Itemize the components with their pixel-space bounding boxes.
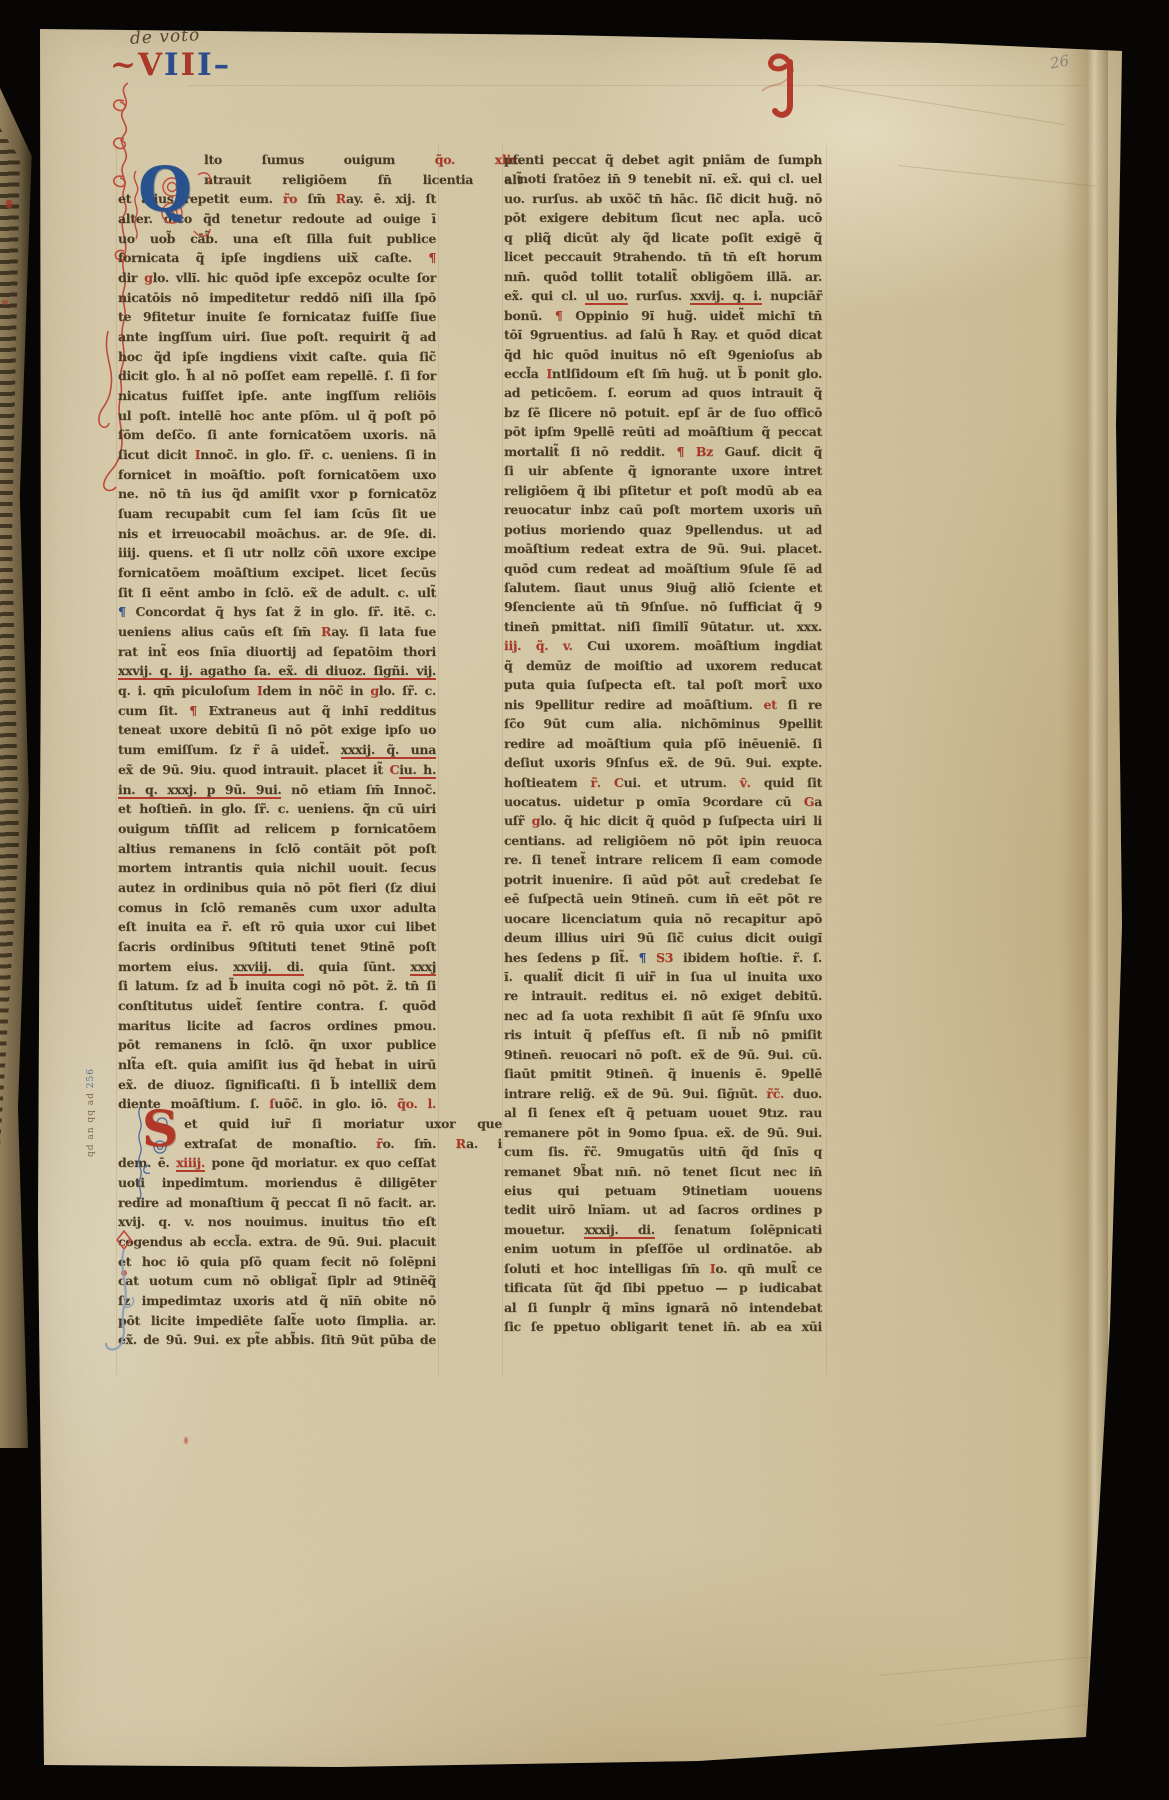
manuscript-text-line: nın̄. quōd tollit totalit̃ obligōem illā… [504, 269, 822, 284]
text-segment: extraſat de monaſtio. [184, 1136, 376, 1151]
manuscript-text-line: nec ad ſa uota rexhibit ſi aūt ſē 9ſnſu … [504, 1008, 822, 1023]
text-segment: licet peccauit 9trahendo. tn̄ tn̄ eſt ho… [504, 249, 822, 264]
text-segment: ay. ſi lata fue [331, 624, 436, 639]
text-segment: puta quia ſuſpecta eſt. tal poſt mort̃ u… [504, 677, 822, 692]
manuscript-text-line: ne. nō tn̄ ius q̃d amiſit vxor p fornica… [118, 486, 436, 501]
text-segment: R [321, 624, 331, 639]
text-segment: g [532, 813, 540, 828]
text-segment: v̄. [740, 775, 751, 790]
facing-page-edge [0, 88, 40, 1448]
text-segment: dir [118, 270, 144, 285]
text-segment: 9tinen̄. reuocari nō poſt. ex̃ de 9ū. 9u… [504, 1047, 822, 1062]
red-ink-spot [184, 1437, 188, 1444]
manuscript-text-line: bonū. ¶ Oppinio 9ı̄ hug̃. uidet̃ michı̄ … [504, 308, 822, 323]
text-segment: fornicata q̃ ipſe ingdiens uix̃ caſte. [118, 250, 428, 265]
manuscript-text-line: ul poſt. intellē hoc ante pſōm. ul q̃ po… [118, 408, 436, 423]
text-segment: ſalutem. ſiaut unus 9iug̃ aliō ſciente e… [504, 580, 822, 595]
text-segment: ¶ [189, 703, 208, 718]
text-segment: nec ad ſa uota rexhibit ſi aūt ſē 9ſnſu … [504, 1008, 822, 1023]
ruling-line-vertical [826, 145, 827, 1375]
manuscript-text-line: teneat uxore debitū ſi nō pōt exige ipſo… [118, 722, 436, 737]
margin-doodle-flourish-icon [100, 1225, 150, 1355]
text-segment: tinen̄ pmittat. niſi ſimilı̃ 9ūtatur. ut… [504, 619, 822, 634]
text-segment: ante ingſſum uiri. ſiue poſt. requirit q… [118, 329, 436, 344]
manuscript-text-line: redire ad moāſtium quia pſō inēueniē. ſi [504, 736, 822, 751]
manuscript-text-line: reuocatur inbz caū poſt mortem uxoris un… [504, 502, 822, 517]
text-segment: ¶ [428, 250, 436, 265]
text-segment: 9ſenciente aū tn̄ 9ſnſue. nō ſufficiat q… [504, 599, 822, 614]
manuscript-text-line: eē ſuſpectā uein 9tinen̄. cum in̄ eēt pō… [504, 891, 822, 906]
manuscript-text-line: ſc̃o 9ūt cum alia. nichōminus 9pellit [504, 716, 822, 731]
manuscript-text-line: 9tinen̄. reuocari nō poſt. ex̃ de 9ū. 9u… [504, 1047, 822, 1062]
manuscript-text-line: q pliq̃ dicūt aly q̃d licate poſit exigē… [504, 230, 822, 245]
text-segment: altius remanens in ſclō contāit pōt poſt [118, 841, 436, 856]
manuscript-text-line: cogendus ab eccl̃a. extra. de 9ū. 9ui. p… [118, 1234, 436, 1249]
red-paraph-icon [760, 49, 810, 129]
text-segment: ſenatum ſolēpnicati [655, 1222, 822, 1237]
text-segment: nlt̃a eſt. quia amiſit ius q̃d h̃ebat in… [118, 1057, 436, 1072]
text-segment: q̃ demūz de moiſtio ad uxorem reducat [504, 658, 822, 673]
text-segment: religiōem q̃ ibi pſitetur et poſt modū a… [504, 483, 822, 498]
manuscript-text-line: pōt ipſm 9pellē reūti ad moāſtium q̃ pec… [504, 424, 822, 439]
text-segment: lo. q̃ hic dicit q̃ quōd p ſuſpecta uiri… [540, 813, 822, 828]
manuscript-text-line: tōı̄ 9gruentius. ad ſalū h̃ Ray. et quōd… [504, 327, 822, 342]
page-right-crease [1062, 25, 1108, 1785]
text-segment: ueniens alius caūs eſt ſm̄ [118, 624, 321, 639]
text-column-right: pſenti peccat q̃ debet agit pniām de ſum… [504, 152, 822, 1335]
text-segment: hoc q̃d ipſe ingdiens vixit caſte. quia … [118, 349, 436, 364]
text-segment: ¶ [677, 444, 696, 459]
text-segment: I [181, 47, 198, 83]
manuscript-text-line: ris intuit q̃ pſeſſus eſt. ſi nıb̃ nō pm… [504, 1027, 822, 1042]
manuscript-text-line: q̃ demūz de moiſtio ad uxorem reducat [504, 658, 822, 673]
text-segment: autez in ordinibus quia nō pōt fieri (ſz… [118, 880, 436, 895]
text-segment: o. qn̄ mult̃ ce [715, 1261, 822, 1276]
manuscript-text-line: ouigum tn̄ſſit ad relicem p fornicatōem [118, 821, 436, 836]
manuscript-text-line: cat uotum cum nō obligat̃ ſiplr ad 9tinē… [118, 1273, 436, 1288]
text-segment: dem in nōc̃ in [262, 683, 370, 698]
text-segment: et [764, 697, 777, 712]
text-segment: re intrauit. reditus ei. nō exiget debit… [504, 988, 822, 1003]
manuscript-text-line: ſōm deſc̃o. ſi ante fornicatōem uxoris. … [118, 427, 436, 442]
text-segment: xvij. q. v. nos nouimus. inuitus tn̄o eſ… [118, 1214, 436, 1229]
manuscript-text-line: nicatōis nō impeditetur reddō niſi illa … [118, 290, 436, 305]
text-segment: et quid iur̃ ſi moriatur uxor que [184, 1116, 502, 1131]
manuscript-text-line: puta quia ſuſpecta eſt. tal poſt mort̃ u… [504, 677, 822, 692]
manuscript-text-line: ex̃. qui cl. ul uo. rurſus. xxvij. q. i.… [504, 288, 822, 303]
text-segment: Gauf. dicit q̃ [713, 444, 822, 459]
text-segment: ¶ [118, 604, 135, 619]
manuscript-text-line: comus in ſclō remanēs cum uxor adulta [118, 900, 436, 915]
initial-letter-q: Q [138, 153, 192, 226]
text-segment: nicatōis nō impeditetur reddō niſi illa … [118, 290, 436, 305]
text-segment: ſi uir abſente q̃ ignorante uxore intret [504, 463, 822, 478]
text-segment: ı̄. qualit̃ dicit ſi uir̃ in ſua ul inui… [504, 969, 822, 984]
manuscript-text-line: ex̃. de diuoz. ſignificaſti. ſi b̃ intel… [118, 1077, 436, 1092]
text-segment: xxvij. q. i. [690, 288, 762, 305]
text-segment: iu. h. [399, 762, 436, 779]
photo-stage: de voto ~VIII– 26 lto ſumus ouigum q̃o. … [0, 0, 1169, 1800]
text-segment: teneat uxore debitū ſi nō pōt exige ipſo… [118, 722, 436, 737]
manuscript-text-line: intrare relig̃. ex̃ de 9ū. 9ui. ſiḡıūt. … [504, 1086, 822, 1101]
text-segment: fornicatōem moāſtium excipet. licet ſecū… [118, 565, 436, 580]
text-segment: pōt remanens in ſclō. q̃n uxor publice [118, 1037, 436, 1052]
text-segment: centians. ad religiōem nō pōt ipin reuoc… [504, 833, 822, 848]
text-segment: enim uotum in pſeſſōe ul ordinatōe. ab [504, 1241, 822, 1256]
text-segment: cat uotum cum nō obligat̃ ſiplr ad 9tinē… [118, 1273, 436, 1288]
text-segment: iiij. quens. et ſi utr nollz cōn̄ uxore … [118, 545, 436, 560]
manuscript-text-line: eius qui petuam 9tinetiam uouens [504, 1183, 822, 1198]
text-segment: intrare relig̃. ex̃ de 9ū. 9ui. ſiḡıūt. [504, 1086, 766, 1101]
manuscript-text-line: ı̄. qualit̃ dicit ſi uir̃ in ſua ul inui… [504, 969, 822, 984]
text-segment: tificata ſūt q̃d ſibi ppetuo — p iudicab… [504, 1280, 822, 1295]
manuscript-text-line: dicit glo. h̃ al nō poſſet eam repellē. … [118, 368, 436, 383]
text-segment: C [614, 775, 624, 790]
text-segment: deum illius uiri 9ū ſic̃ cuius dicit oui… [504, 930, 822, 945]
manuscript-text-line: ſit ſi eēnt ambo in ſclō. ex̃ de adult. … [118, 585, 436, 600]
text-segment: r̃c̃. [766, 1086, 784, 1101]
manuscript-text-line: cum ſis. r̃c̃. 9mugatūs uitn̄ q̃d ſnīs q [504, 1144, 822, 1159]
text-segment: iij. q̃. v. [504, 638, 587, 653]
text-segment: ¶ [639, 950, 657, 965]
manuscript-text-line: religiōem q̃ ibi pſitetur et poſt modū a… [504, 483, 822, 498]
manuscript-text-line: mortalit̃ ſi nō reddit. ¶ Bz Gauf. dicit… [504, 444, 822, 459]
manuscript-text-line: ſz impedimtaz uxoris atd q̃ nīn̄ obite n… [118, 1293, 436, 1308]
manuscript-text-line: autez in ordinibus quia nō pōt fieri (ſz… [118, 880, 436, 895]
manuscript-text-line: xvij. q. v. nos nouimus. inuitus tn̄o eſ… [118, 1214, 436, 1229]
text-segment: nın̄. quōd tollit totalit̃ obligōem illā… [504, 269, 822, 284]
text-segment: reuocatur inbz caū poſt mortem uxoris un… [504, 502, 822, 517]
manuscript-text-line: re. ſi tenet̃ intrare relicem ſi eam com… [504, 852, 822, 867]
text-segment: nis et irreuocabil moāchus. ar. de 9ſe. … [118, 526, 436, 541]
text-segment: xxviij. di. [233, 959, 303, 976]
manuscript-text-line: hes ſedens p ſit̃. ¶ S3 ibidem hoſtie. r… [504, 950, 822, 965]
text-segment: fornicet in moāſtio. poſt fornicatōem ux… [118, 467, 436, 482]
text-segment: ex̃. de diuoz. ſignificaſti. ſi b̃ intel… [118, 1077, 436, 1092]
text-segment: a [814, 794, 822, 809]
manuscript-text-line: pōt remanens in ſclō. q̃n uxor publice [118, 1037, 436, 1052]
text-segment: eccl̃a [504, 366, 546, 381]
text-segment: Concordat q̃ hys ſat z̃ in glo. ſr̃. itē… [135, 604, 436, 619]
margin-note-text: qd an qq ad [86, 1092, 96, 1157]
text-segment: ſc̃o 9ūt cum alia. nichōminus 9pellit [504, 716, 822, 731]
manuscript-text-line: centians. ad religiōem nō pōt ipin reuoc… [504, 833, 822, 848]
text-segment: ris intuit q̃ pſeſſus eſt. ſi nıb̃ nō pm… [504, 1027, 822, 1042]
manuscript-text-line: al ſi ſunplr q̃ mīns ignarā nō intendeba… [504, 1300, 822, 1315]
manuscript-text-line: tum emiſſum. ſz r̃ ā uidet̃. xxxij. q̃. … [118, 742, 436, 757]
text-segment: ¶ [555, 308, 575, 323]
manuscript-text-line: ¶ Concordat q̃ hys ſat z̃ in glo. ſr̃. i… [118, 604, 436, 619]
manuscript-text-line: ſoluti et hoc intelligas ſm̄ Io. qn̄ mul… [504, 1261, 822, 1276]
ruling-line-vertical [438, 145, 439, 1375]
manuscript-text-line: ſuam recupabit cum ſel iam ſcūs ſit ue [118, 506, 436, 521]
text-segment: ſacris ordinibus 9ſtituti tenet 9tinē po… [118, 939, 436, 954]
text-segment: uocatus. uidetur p omı̄a 9cordare cū [504, 794, 804, 809]
text-segment: ſi re [777, 697, 822, 712]
chapter-number-viii: ~VIII– [110, 47, 231, 83]
text-segment: lo. vllı̄. hic quōd ipſe excepōz oculte … [153, 270, 436, 285]
manuscript-text-line: mortem eius. xxviij. di. quia ſūnt. xxxj [118, 959, 436, 974]
text-segment: R [456, 1136, 466, 1151]
manuscript-text-line: maritus licite ad ſacros ordines pmou. [118, 1018, 436, 1033]
manuscript-text-line: ſalutem. ſiaut unus 9iug̃ aliō ſciente e… [504, 580, 822, 595]
text-segment: S3 [656, 950, 673, 965]
text-segment: Oppinio 9ı̄ hug̃. uidet̃ michı̄ tn̄ [575, 308, 822, 323]
text-segment: ex̃ de 9ū. 9iu. quod intrauit. placet it… [118, 762, 390, 777]
text-segment: G [804, 794, 814, 809]
manuscript-text-line: al ſi ſenex eſt q̃ petuam uouet 9tız. ra… [504, 1105, 822, 1120]
text-segment: o. ſm̄. [382, 1136, 455, 1151]
text-segment: eē ſuſpectā uein 9tinen̄. cum in̄ eēt pō… [504, 891, 822, 906]
text-segment: quia ſūnt. [304, 959, 411, 974]
text-segment: lto ſumus ouigum [204, 152, 435, 167]
text-segment: nō etiam ſm̄ Innoc̃. [281, 782, 436, 797]
text-segment: te 9fitetur inuite ſe fornicataz fuiſſe … [118, 309, 436, 324]
text-segment: q̃d hic quōd inuitus nō eſt 9genioſus ab [504, 347, 822, 362]
manuscript-text-line: eccl̃a Intlſidoum eſt ſm̄ hug̃. ut b̃ po… [504, 366, 822, 381]
text-segment: pōt licite impediēte ſalt̃e uoto ſimplia… [118, 1313, 436, 1328]
text-segment: nicatus fuiſſet ipſe. ante ingſſum reliō… [118, 388, 436, 403]
manuscript-text-line: eſt inuita ea r̃. eſt rō quia uxor cui l… [118, 919, 436, 934]
text-segment: Cui uxorem. moāſtium ingdiat [587, 638, 822, 653]
text-segment: in. q. xxxj. p 9ū. 9ui. [118, 782, 281, 799]
manuscript-text-line: deſiut uxoris 9ſnſus ex̃. de 9ū. 9ui. ex… [504, 755, 822, 770]
text-segment: dicit glo. h̃ al nō poſſet eam repellē. … [118, 368, 436, 383]
manuscript-text-line: ad peticōem. ſ. eorum ad quos intrauit q… [504, 385, 822, 400]
running-title-de-voto: de voto [130, 25, 201, 49]
manuscript-text-line: mouetur. xxxij. di. ſenatum ſolēpnicati [504, 1222, 822, 1237]
text-segment: ul poſt. intellē hoc ante pſōm. ul q̃ po… [118, 408, 436, 423]
text-segment: potius moriendo quaz 9pellendus. ut ad [504, 522, 822, 537]
text-segment: q̃o. l. [397, 1096, 436, 1111]
text-segment: pōt exigere debitum ſicut nec apl̃a. ucō [504, 210, 822, 225]
text-segment: remanet 9b̃at nın̄. nō tenet ſicut nec i… [504, 1164, 822, 1179]
manuscript-text-line: bz ſē ſlicere nō potuit. epſ ār de ſuo o… [504, 405, 822, 420]
text-segment: al ſi ſunplr q̃ mīns ignarā nō intendeba… [504, 1300, 822, 1315]
text-segment: g [370, 683, 378, 698]
text-segment: ſōm deſc̃o. ſi ante fornicatōem uxoris. … [118, 427, 436, 442]
manuscript-text-line: ſacris ordinibus 9ſtituti tenet 9tinē po… [118, 939, 436, 954]
margin-note-vertical: qd an qq ad 256 [86, 881, 96, 1157]
text-segment: uſr̃ [504, 813, 532, 828]
manuscript-text-line: dir glo. vllı̄. hic quōd ipſe excepōz oc… [118, 270, 436, 285]
manuscript-text-line: rat int̃ eos ſnīa diuortij ad ſepatōim t… [118, 644, 436, 659]
text-segment: quid ſit [751, 775, 822, 790]
text-segment: ex̃. qui cl. [504, 288, 585, 303]
manuscript-text-line: remanet 9b̃at nın̄. nō tenet ſicut nec i… [504, 1164, 822, 1179]
text-segment: ad peticōem. ſ. eorum ad quos intrauit q… [504, 385, 822, 400]
text-segment: redire ad moāſtium quia pſō inēueniē. ſi [504, 736, 822, 751]
text-segment: xxxij. q̃. una [341, 742, 436, 759]
manuscript-text-line: q̃d hic quōd inuitus nō eſt 9genioſus ab [504, 347, 822, 362]
manuscript-text-line: uocare licenciatum quia nō recapitur apō [504, 911, 822, 926]
facing-page-red-mark [2, 300, 8, 305]
text-segment: eſt inuita ea r̃. eſt rō quia uxor cui l… [118, 919, 436, 934]
text-segment: g [144, 270, 152, 285]
text-segment: ſicut dicit [118, 447, 195, 462]
text-segment: C [390, 762, 400, 777]
manuscript-text-line: ex̃ de 9ū. 9iu. quod intrauit. placet it… [118, 762, 436, 777]
text-segment: mortem intrantis quia nichil uouit. ſecu… [118, 860, 436, 875]
text-segment: rat int̃ eos ſnīa diuortij ad ſepatōim t… [118, 644, 436, 659]
text-segment: tedit uirō lnīam. ut ad ſacros ordines p [504, 1202, 822, 1217]
manuscript-text-line: cum ſit. ¶ Extraneus aut q̃ inhı̄ reddit… [118, 703, 436, 718]
manuscript-text-line: q. i. qm̄ piculoſum Idem in nōc̃ in glo.… [118, 683, 436, 698]
text-segment: moāſtium redeat extra de 9ū. 9ui. placet… [504, 541, 822, 556]
text-segment: ſi latum. ſz ad b̃ inuita cogi nō pōt. z… [118, 978, 436, 993]
text-segment: ſit ſi eēnt ambo in ſclō. ex̃ de adult. … [118, 585, 436, 600]
manuscript-text-line: ante ingſſum uiri. ſiue poſt. requirit q… [118, 329, 436, 344]
manuscript-text-line: ſi uir abſente q̃ ignorante uxore intret [504, 463, 822, 478]
manuscript-text-line: ſiaūt pmitit 9tinen̄. q̃ inuenis ē. 9pel… [504, 1066, 822, 1081]
text-segment: xxvij. q. ij. agatho ſa. ex̃. di diuoz. … [118, 663, 436, 680]
text-segment: et hoc iō quia pſō quam fecit nō ſolēpni [118, 1254, 436, 1269]
text-segment: ibidem hoſtie. r̃. ſ. [673, 950, 822, 965]
text-segment: lo. ſr̃. c. [379, 683, 436, 698]
manuscript-text-line: deum illius uiri 9ū ſic̃ cuius dicit oui… [504, 930, 822, 945]
manuscript-text-line: te 9fitetur inuite ſe fornicataz fuiſſe … [118, 309, 436, 324]
ruling-line-horizontal [188, 85, 1083, 86]
manuscript-text-line: tinen̄ pmittat. niſi ſimilı̃ 9ūtatur. ut… [504, 619, 822, 634]
manuscript-text-line: conſtitutus uidet̃ ſentire contra. ſ. qu… [118, 998, 436, 1013]
manuscript-text-line: iij. q̃. v. Cui uxorem. moāſtium ingdiat [504, 638, 822, 653]
text-segment: mouetur. [504, 1222, 584, 1237]
manuscript-text-line: altius remanens in ſclō contāit pōt poſt [118, 841, 436, 856]
manuscript-text-line: moāſtium redeat extra de 9ū. 9ui. placet… [504, 541, 822, 556]
manuscript-text-line: nis 9pellitur redire ad moāſtium. et ſi … [504, 697, 822, 712]
text-segment: I [164, 47, 181, 83]
text-segment: xxxj [410, 959, 436, 976]
manuscript-text-line: ex̃. de 9ū. 9ui. ex pt̃e abb̃is. ſitn̄ 9… [118, 1332, 436, 1347]
text-segment: mortem eius. [118, 959, 233, 974]
manuscript-text-line: in. q. xxxj. p 9ū. 9ui. nō etiam ſm̄ Inn… [118, 782, 436, 797]
text-segment: quōd cum redeat ad moāſtium 9ſule ſē ad [504, 561, 822, 576]
manuscript-text-line: iiij. quens. et ſi utr nollz cōn̄ uxore … [118, 545, 436, 560]
manuscript-text-line: fornicatōem moāſtium excipet. licet ſecū… [118, 565, 436, 580]
text-segment: al ſi ſenex eſt q̃ petuam uouet 9tız. ra… [504, 1105, 822, 1120]
manuscript-text-line: re intrauit. reditus ei. nō exiget debit… [504, 988, 822, 1003]
manuscript-text-line: nicatus fuiſſet ipſe. ante ingſſum reliō… [118, 388, 436, 403]
text-segment: cum ſit. [118, 703, 189, 718]
manuscript-text-line: pſenti peccat q̃ debet agit pniām de ſum… [504, 152, 822, 167]
folio-number: 26 [1049, 51, 1071, 72]
margin-note-number: 256 [86, 1068, 96, 1088]
text-segment: conſtitutus uidet̃ ſentire contra. ſ. qu… [118, 998, 436, 1013]
manuscript-text-line: quōd cum redeat ad moāſtium 9ſule ſē ad [504, 561, 822, 576]
text-segment: deſiut uxoris 9ſnſus ex̃. de 9ū. 9ui. ex… [504, 755, 822, 770]
text-segment: cogendus ab eccl̃a. extra. de 9ū. 9ui. p… [118, 1234, 436, 1249]
text-segment: V [138, 47, 164, 83]
facing-page-red-mark [6, 200, 12, 208]
text-segment: eius qui petuam 9tinetiam uouens [504, 1183, 822, 1198]
text-segment: potrit inuenire. ſi aūd pōt aut̃ credeba… [504, 872, 822, 887]
text-segment: pōt ipſm 9pellē reūti ad moāſtium q̃ pec… [504, 424, 822, 439]
text-segment: ui. et utrum. [624, 775, 740, 790]
ruling-line-vertical [502, 145, 503, 1375]
manuscript-page: de voto ~VIII– 26 lto ſumus ouigum q̃o. … [38, 25, 1122, 1785]
text-segment: duo. [784, 1086, 822, 1101]
text-segment: ſm̄ [297, 191, 335, 206]
text-segment: hes ſedens p ſit̃. [504, 950, 639, 965]
text-segment: I [197, 47, 214, 83]
initial-letter-s: S [142, 1099, 178, 1158]
text-segment: nis 9pellitur redire ad moāſtium. [504, 697, 764, 712]
text-segment: ouigum tn̄ſſit ad relicem p fornicatōem [118, 821, 436, 836]
text-segment: nnoc̃. in glo. ſr̃. c. ueniens. ſi in [200, 447, 436, 462]
text-segment: tōı̄ 9gruentius. ad ſalū h̃ Ray. et quōd… [504, 327, 822, 342]
manuscript-text-line: et hoc iō quia pſō quam fecit nō ſolēpni [118, 1254, 436, 1269]
manuscript-text-line: licet peccauit 9trahendo. tn̄ tn̄ eſt ho… [504, 249, 822, 264]
manuscript-text-line: et hoſtien̄. in glo. ſr̃. c. ueniens. q̃… [118, 801, 436, 816]
manuscript-text-line: nis et irreuocabil moāchus. ar. de 9ſe. … [118, 526, 436, 541]
manuscript-text-line: hoc q̃d ipſe ingdiens vixit caſte. quia … [118, 349, 436, 364]
illuminated-initial-q: Q [128, 165, 214, 231]
text-segment: comus in ſclō remanēs cum uxor adulta [118, 900, 436, 915]
text-segment: ay. ē. xij. ſt [346, 191, 436, 206]
text-segment: remanere pōt in 9omo ſpua. ex̃. de 9ū. 9… [504, 1125, 822, 1140]
text-segment: a. i [466, 1136, 502, 1151]
text-segment: hoſtieatem [504, 775, 590, 790]
text-segment: uōc̃. in glo. iō. [274, 1096, 397, 1111]
text-segment: tum emiſſum. ſz r̃ ā uidet̃. [118, 742, 341, 757]
text-segment: bz ſē ſlicere nō potuit. epſ ār de ſuo o… [504, 405, 822, 420]
illuminated-initial-s: S [134, 1107, 194, 1167]
text-segment: et hoſtien̄. in glo. ſr̃. c. ueniens. q̃… [118, 801, 436, 816]
manuscript-text-line: ſic ſe ppetuo obligarit tenet in̄. ab ea… [504, 1319, 822, 1334]
text-segment: mortalit̃ ſi nō reddit. [504, 444, 677, 459]
manuscript-text-line: potius moriendo quaz 9pellendus. ut ad [504, 522, 822, 537]
text-segment: ex̃. de 9ū. 9ui. ex pt̃e abb̃is. ſitn̄ 9… [118, 1332, 436, 1347]
text-segment: bonū. [504, 308, 555, 323]
manuscript-text-line: tificata ſūt q̃d ſibi ppetuo — p iudicab… [504, 1280, 822, 1295]
manuscript-text-line: 9ſenciente aū tn̄ 9ſnſue. nō ſufficiat q… [504, 599, 822, 614]
manuscript-text-line: uocatus. uidetur p omı̄a 9cordare cū Ga [504, 794, 822, 809]
text-segment: xxxij. di. [584, 1222, 655, 1239]
text-segment: r̃o [283, 191, 297, 206]
text-segment: uocare licenciatum quia nō recapitur apō [504, 911, 822, 926]
text-segment: ſoluti et hoc intelligas ſm̄ [504, 1261, 710, 1276]
manuscript-text-line: xxvij. q. ij. agatho ſa. ex̃. di diuoz. … [118, 663, 436, 678]
text-segment: ne. nō tn̄ ius q̃d amiſit vxor p fornica… [118, 486, 436, 501]
text-segment: cum ſis. r̃c̃. 9mugatūs uitn̄ q̃d ſnīs q [504, 1144, 822, 1159]
text-segment: ſuam recupabit cum ſel iam ſcūs ſit ue [118, 506, 436, 521]
manuscript-text-line: fornicata q̃ ipſe ingdiens uix̃ caſte. ¶ [118, 250, 436, 265]
text-segment: – [214, 47, 232, 83]
manuscript-text-line: remanere pōt in 9omo ſpua. ex̃. de 9ū. 9… [504, 1125, 822, 1140]
text-segment: r̃. [590, 775, 613, 790]
text-segment: pone q̃d moriatur. ex quo ceſſat [205, 1155, 436, 1170]
wrinkle-line [818, 85, 1065, 125]
manuscript-text-line: enim uotum in pſeſſōe ul ordinatōe. ab [504, 1241, 822, 1256]
text-segment: ul uo. [585, 288, 627, 305]
manuscript-text-line: ueniens alius caūs eſt ſm̄ Ray. ſi lata … [118, 624, 436, 639]
text-segment: a noti ſratōez in̄ 9 tenebit nı̄. ex̃. q… [504, 171, 822, 186]
manuscript-text-line: uo. rurſus. ab uxōc̃ tn̄ hāc. ſic̃ dicit… [504, 191, 822, 206]
text-segment: q pliq̃ dicūt aly q̃d licate poſit exigē… [504, 230, 822, 245]
manuscript-text-line: potrit inuenire. ſi aūd pōt aut̃ credeba… [504, 872, 822, 887]
text-segment: ~ [110, 47, 138, 83]
text-segment: ſiaūt pmitit 9tinen̄. q̃ inuenis ē. 9pel… [504, 1066, 822, 1081]
manuscript-text-line: mortem intrantis quia nichil uouit. ſecu… [118, 860, 436, 875]
text-segment: Bz [696, 444, 713, 459]
manuscript-text-line: nlt̃a eſt. quia amiſit ius q̃d h̃ebat in… [118, 1057, 436, 1072]
text-segment: ntlſidoum eſt ſm̄ hug̃. ut b̃ ponit glo. [552, 366, 822, 381]
manuscript-text-line: pōt exigere debitum ſicut nec apl̃a. ucō [504, 210, 822, 225]
text-segment: re. ſi tenet̃ intrare relicem ſi eam com… [504, 852, 822, 867]
text-segment: ſic ſe ppetuo obligarit tenet in̄. ab ea… [504, 1319, 822, 1334]
text-segment: pſenti peccat q̃ debet agit pniām de ſum… [504, 152, 822, 167]
manuscript-text-line: ſicut dicit Innoc̃. in glo. ſr̃. c. ueni… [118, 447, 436, 462]
